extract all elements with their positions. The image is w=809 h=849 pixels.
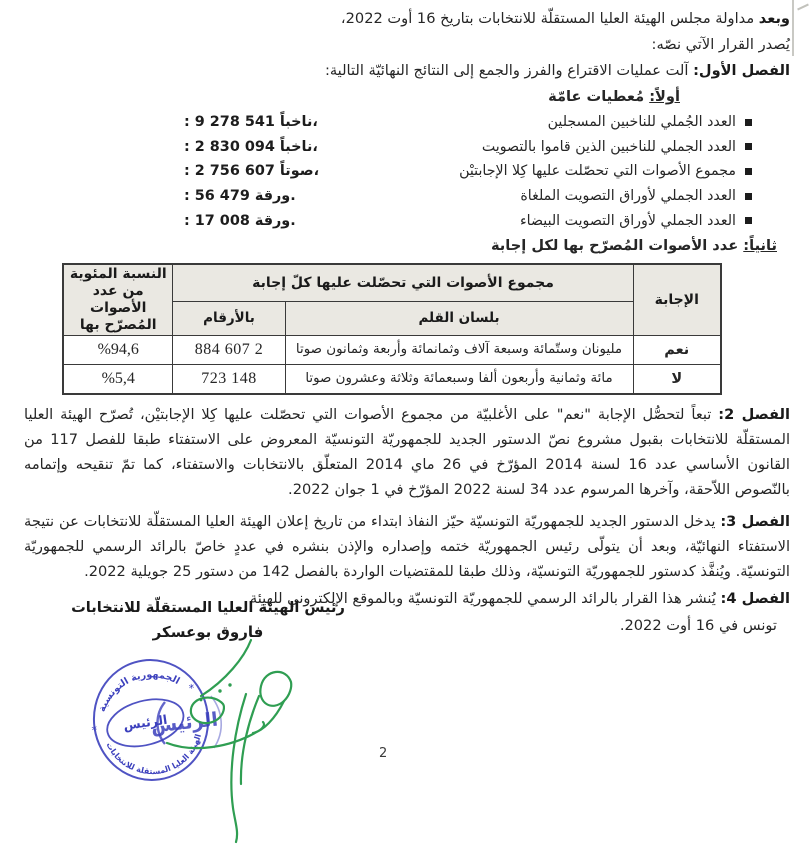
stat-label: العدد الجملي لأوراق التصويت البيضاء <box>520 213 736 229</box>
article2-paragraph: الفصل 2: تبعاً لتحصُّل الإجابة "نعم" على… <box>24 402 790 502</box>
document-page: وبعد مداولة مجلس الهيئة العليا المستقلّة… <box>0 0 809 849</box>
stat-value: : 2 830 094 ناخباً، <box>184 139 318 155</box>
column-header-in-words: بلسان القلم <box>285 301 633 335</box>
article1-rest: آلت عمليات الاقتراع والفرز والجمع إلى ال… <box>325 62 693 79</box>
stat-label: مجموع الأصوات التي تحصّلت عليها كِلا الإ… <box>459 163 736 179</box>
decision-line: يُصدر القرار الآتي نصّه: <box>24 32 790 58</box>
signatory-title: رئيس الهيئة العليا المستقلّة للانتخابات <box>62 599 354 616</box>
list-item: مجموع الأصوات التي تحصّلت عليها كِلا الإ… <box>184 159 752 184</box>
section1-heading: أولاً: مُعطيات عامّة <box>24 84 680 110</box>
square-bullet-icon <box>745 217 752 224</box>
list-item: العدد الجملي للناخبين الذين قاموا بالتصو… <box>184 135 752 160</box>
signature-ink <box>167 640 291 842</box>
square-bullet-icon <box>745 168 752 175</box>
stat-label: العدد الجملي للناخبين الذين قاموا بالتصو… <box>482 139 736 155</box>
percent-cell: %94,6 <box>63 335 173 364</box>
table-row: نعم مليونان وستّمائة وسبعة آلاف وثمانمائ… <box>63 335 721 364</box>
section2-prefix: ثانياً: <box>743 237 777 254</box>
stat-value: : 17 008 ورقة. <box>184 213 296 229</box>
stamp-and-signature: الجمهورية التونسية الهيئة العليا المستقل… <box>73 636 345 849</box>
deliberation-line: وبعد مداولة مجلس الهيئة العليا المستقلّة… <box>24 6 790 32</box>
section1-rest: مُعطيات عامّة <box>548 88 649 105</box>
article2-prefix: الفصل 2: <box>718 406 790 423</box>
answer-cell: نعم <box>633 335 721 364</box>
words-cell: مليونان وستّمائة وسبعة آلاف وثمانمائة وأ… <box>285 335 633 364</box>
svg-text:الجمهورية التونسية: الجمهورية التونسية <box>92 665 185 715</box>
stat-value: : 56 479 ورقة. <box>184 188 296 204</box>
stamp-star-left: * <box>91 724 99 738</box>
article3-prefix: الفصل 3: <box>720 513 790 530</box>
list-item: العدد الجملي لأوراق التصويت البيضاء : 17… <box>184 208 752 233</box>
document-content: وبعد مداولة مجلس الهيئة العليا المستقلّة… <box>24 6 790 639</box>
article1-prefix: الفصل الأول: <box>693 62 790 79</box>
stamp-top-text: الجمهورية التونسية <box>92 665 185 715</box>
words-cell: مائة وثمانية وأربعون ألفا وسبعمائة وثلاث… <box>285 364 633 394</box>
list-item: العدد الجملي لأوراق التصويت الملغاة : 56… <box>184 184 752 209</box>
square-bullet-icon <box>745 193 752 200</box>
general-statistics-list: العدد الجُملي للناخبين المسجلين : 9 278 … <box>184 110 752 233</box>
article3-body: يدخل الدستور الجديد للجمهوريّة التونسيّة… <box>24 513 790 580</box>
stat-value: : 9 278 541 ناخباً، <box>184 114 318 130</box>
square-bullet-icon <box>745 143 752 150</box>
section2-heading: ثانياً: عدد الأصوات المُصرّح بها لكل إجا… <box>24 233 777 259</box>
article3-paragraph: الفصل 3: يدخل الدستور الجديد للجمهوريّة … <box>24 509 790 584</box>
stamp-star-right: * <box>188 682 196 696</box>
list-item: العدد الجُملي للناخبين المسجلين : 9 278 … <box>184 110 752 135</box>
figures-cell: 2 607 884 <box>173 335 285 364</box>
percent-cell: %5,4 <box>63 364 173 394</box>
stat-label: العدد الجُملي للناخبين المسجلين <box>548 114 736 130</box>
answer-cell: لا <box>633 364 721 394</box>
scan-corner-artifact <box>797 4 809 11</box>
page-number: 2 <box>379 746 387 761</box>
table-row: لا مائة وثمانية وأربعون ألفا وسبعمائة وث… <box>63 364 721 394</box>
column-header-total-votes: مجموع الأصوات التي تحصّلت عليها كلّ إجاب… <box>173 264 633 301</box>
column-header-answer: الإجابة <box>633 264 721 336</box>
stat-label: العدد الجملي لأوراق التصويت الملغاة <box>520 188 736 204</box>
results-table: الإجابة مجموع الأصوات التي تحصّلت عليها … <box>62 263 722 395</box>
stat-value: : 2 756 607 صوتاً، <box>184 163 319 179</box>
article2-body: تبعاً لتحصُّل الإجابة "نعم" على الأغلبيّ… <box>24 406 790 498</box>
deliberation-rest: مداولة مجلس الهيئة العليا المستقلّة للان… <box>341 10 759 27</box>
section2-rest: عدد الأصوات المُصرّح بها لكل إجابة <box>491 237 743 254</box>
square-bullet-icon <box>745 119 752 126</box>
section1-prefix: أولاً: <box>649 88 680 105</box>
scan-edge-artifact <box>792 0 794 56</box>
column-header-in-figures: بالأرقام <box>173 301 285 335</box>
article1-line: الفصل الأول: آلت عمليات الاقتراع والفرز … <box>24 58 790 84</box>
deliberation-prefix: وبعد <box>759 10 790 27</box>
figures-cell: 148 723 <box>173 364 285 394</box>
signature-block: رئيس الهيئة العليا المستقلّة للانتخابات … <box>62 599 354 641</box>
column-header-percentage: النسبة المئوية من عدد الأصوات المُصرّح ب… <box>63 264 173 336</box>
article4-prefix: الفصل 4: <box>721 590 790 607</box>
